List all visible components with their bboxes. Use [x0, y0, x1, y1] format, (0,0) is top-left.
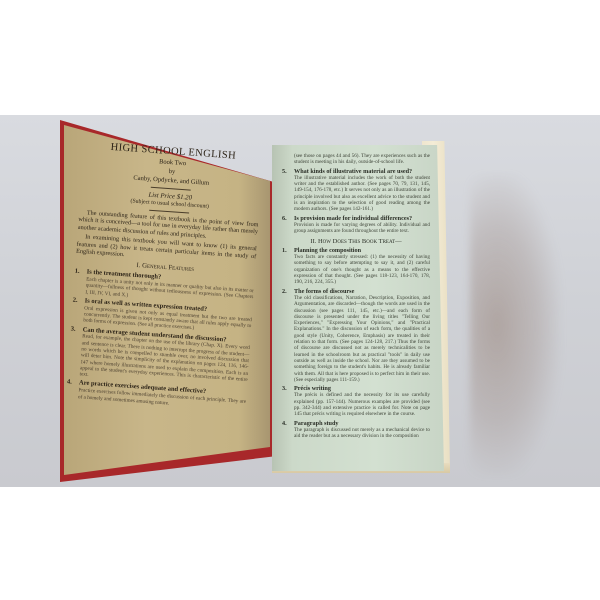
- right-page-text: (see those on pages 44 and 56). They are…: [282, 153, 430, 439]
- question-item: 3.Précis writing The précis is defined a…: [282, 386, 430, 417]
- question-item: 5.What kinds of illustrative material ar…: [282, 169, 430, 213]
- question-heading: The forms of discourse: [294, 289, 354, 295]
- question-answer: The old classifications, Narration, Desc…: [294, 295, 430, 383]
- divider: [149, 210, 189, 214]
- question-answer: The paragraph is discussed not merely as…: [294, 427, 430, 440]
- right-page-block: (see those on pages 44 and 56). They are…: [272, 139, 600, 479]
- question-item: 6.Is provision made for individual diffe…: [282, 216, 430, 235]
- question-answer: The précis is defined and the necessity …: [294, 392, 430, 417]
- question-item: 4.Paragraph study The paragraph is discu…: [282, 421, 430, 440]
- question-item: 2.The forms of discourse The old classif…: [282, 289, 430, 383]
- left-page-text: HIGH SCHOOL ENGLISH Book Two by Canby, O…: [66, 139, 264, 412]
- question-answer: Two facts are constantly stressed: (1) t…: [294, 254, 430, 285]
- question-heading: Paragraph study: [294, 421, 339, 427]
- question-heading: What kinds of illustrative material are …: [294, 169, 412, 175]
- question-answer: Provision is made for varying degrees of…: [294, 222, 430, 235]
- section-heading: II. How Does This Book Treat—: [282, 239, 430, 245]
- continued-text: (see those on pages 44 and 56). They are…: [294, 153, 430, 166]
- book-photo: HIGH SCHOOL ENGLISH Book Two by Canby, O…: [0, 115, 600, 487]
- divider: [151, 187, 191, 191]
- question-answer: The illustrative material includes the w…: [294, 175, 430, 213]
- question-item: 1.Planning the composition Two facts are…: [282, 248, 430, 286]
